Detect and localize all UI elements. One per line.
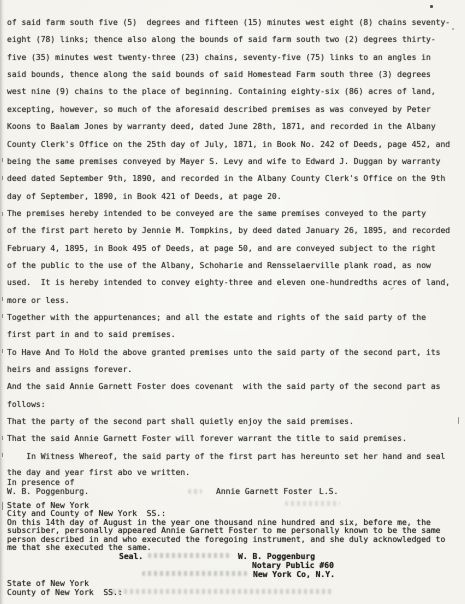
deed-line: used. It is hereby intended to convey ei… bbox=[7, 278, 450, 287]
scan-speck bbox=[458, 417, 459, 424]
scan-speck bbox=[430, 5, 433, 8]
deed-line: day of September, 1890, in Book 421 of D… bbox=[7, 192, 282, 201]
deed-line-in-witness: In Witness Whereof, the said party of th… bbox=[7, 452, 445, 461]
scan-speck bbox=[452, 28, 454, 30]
grantor-signature: Annie Garnett Foster bbox=[216, 487, 312, 496]
deed-line: said bounds, thence along the said bound… bbox=[7, 70, 431, 79]
deed-line: more or less. bbox=[7, 296, 70, 305]
stamp-smudge bbox=[148, 553, 230, 558]
margin-tick bbox=[2, 212, 3, 216]
seal-label: Seal. bbox=[119, 552, 143, 561]
deed-line: deed dated September 9th, 1890, and reco… bbox=[7, 174, 445, 183]
deed-line: That the party of the second part shall … bbox=[7, 417, 354, 426]
scanned-deed-page: of said farm south five (5) degrees and … bbox=[0, 0, 465, 604]
deed-line: Koons to Baalam Jones by warranty deed, … bbox=[7, 122, 436, 131]
ack2-county-line: County of New York SS.: bbox=[7, 588, 123, 597]
notary-location: New York Co, N.Y. bbox=[253, 570, 335, 579]
deed-line: eight (78) links; thence also along the … bbox=[7, 35, 436, 44]
scan-speck bbox=[390, 287, 394, 290]
closing-line: the day and year first abo ve written. bbox=[7, 468, 190, 477]
deed-line: Together with the appurtenances; and all… bbox=[7, 313, 426, 322]
presence-label: In presence of bbox=[7, 478, 74, 487]
margin-tick bbox=[2, 176, 3, 180]
deed-line: And the said Annie Garnett Foster does c… bbox=[7, 382, 440, 391]
margin-tick bbox=[2, 502, 3, 510]
deed-line: County Clerk's Office on the 25th day of… bbox=[7, 140, 450, 149]
witness-signature: W. B. Poggenburg. bbox=[7, 487, 89, 496]
deed-line: five (35) minutes west twenty-three (23)… bbox=[7, 53, 431, 62]
deed-line: That the said Annie Garnett Foster will … bbox=[7, 434, 407, 443]
notary-title: Notary Public #60 bbox=[252, 561, 334, 570]
deed-line: heirs and assigns forever. bbox=[7, 365, 132, 374]
deed-line: first part in and to said premises. bbox=[7, 330, 176, 339]
stamp-smudge bbox=[112, 589, 332, 594]
seal-abbreviation: L.S. bbox=[319, 487, 338, 496]
deed-line: of said farm south five (5) degrees and … bbox=[7, 18, 450, 27]
page-edge-shadow bbox=[0, 0, 5, 604]
stamp-smudge bbox=[142, 571, 247, 576]
deed-line: February 4, 1895, in Book 495 of Deeds, … bbox=[7, 244, 436, 253]
margin-tick bbox=[2, 314, 3, 318]
stamp-smudge bbox=[285, 501, 340, 506]
margin-tick bbox=[2, 436, 3, 440]
deed-line: The premises hereby intended to be conve… bbox=[7, 209, 426, 218]
margin-tick bbox=[2, 349, 3, 353]
stamp-smudge bbox=[188, 489, 202, 494]
deed-line: west nine (9) chains to the place of beg… bbox=[7, 87, 436, 96]
deed-line: of the first part hereto by Jennie M. To… bbox=[7, 226, 450, 235]
notary-signature: W. B. Poggenburg bbox=[238, 552, 315, 561]
deed-line: of the public to the use of the Albany, … bbox=[7, 261, 431, 270]
ack2-state-line: State of New York bbox=[7, 579, 89, 588]
margin-tick bbox=[2, 453, 3, 457]
deed-line: excepting, however, so much of the afore… bbox=[7, 105, 431, 114]
deed-line: To Have And To Hold the above granted pr… bbox=[7, 348, 440, 357]
margin-tick bbox=[2, 158, 3, 162]
margin-tick bbox=[2, 297, 3, 301]
deed-line: follows: bbox=[7, 400, 46, 409]
deed-line: being the same premises conveyed by Maye… bbox=[7, 157, 440, 166]
